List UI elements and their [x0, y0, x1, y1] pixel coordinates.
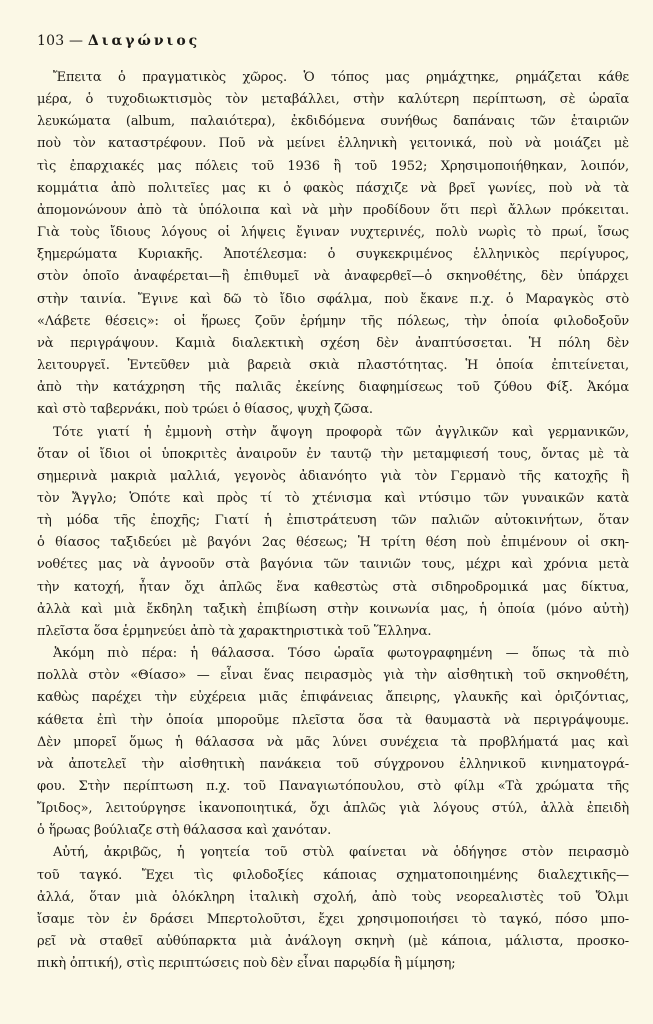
- text-line: Αὐτή, ἀκριβῶς, ἡ γοητεία τοῦ στὺλ φαίνετ…: [37, 842, 629, 864]
- text-line: ὁ θίασος ταξιδεύει μὲ βαγόνι 2ας θέσεως;…: [37, 532, 629, 554]
- text-line: κομμάτια ἀπὸ πολιτεῖες μας κι ὁ φακὸς πά…: [37, 178, 629, 200]
- text-line: τὴν κατοχή, ἦταν ὄχι ἁπλῶς ἕνα καθεστὼς …: [37, 577, 629, 599]
- text-line: Ἔπειτα ὁ πραγματικὸς χῶρος. Ὁ τόπος μας …: [37, 67, 629, 89]
- document-page: 103 — Διαγώνιος Ἔπειτα ὁ πραγματικὸς χῶρ…: [37, 32, 629, 975]
- text-line: ποὺ τὸν καταστρέφουν. Ποῦ νὰ μείνει ἑλλη…: [37, 133, 629, 155]
- text-line: πολλὰ στὸν «Θίασο» — εἶναι ἕνας πειρασμὸ…: [37, 665, 629, 687]
- text-line: τὶς ἐπαρχιακές μας πόλεις τοῦ 1936 ἢ τοῦ…: [37, 156, 629, 178]
- text-line: Ἴριδος», λειτούργησε ἱκανοποιητικά, ὄχι …: [37, 798, 629, 820]
- text-line: Γιὰ τοὺς ἴδιους λόγους οἱ λήψεις ἔγιναν …: [37, 222, 629, 244]
- paragraph-3: Ἀκόμη πιὸ πέρα: ἡ θάλασσα. Τόσο ὡραῖα φω…: [37, 643, 629, 842]
- text-line: στὸν ὁποῖο ἀναφέρεται—ἢ ἐπιθυμεῖ νὰ ἀναφ…: [37, 266, 629, 288]
- text-line: ἀπομονώνουν ἀπὸ τὰ ὑπόλοιπα καὶ νὰ μὴν π…: [37, 200, 629, 222]
- text-line: τὸν Ἄγγλο; Ὁπότε καὶ πρὸς τί τὸ χτένισμα…: [37, 488, 629, 510]
- text-line: καὶ στὸ ταβερνάκι, ποὺ τρώει ὁ θίασος, ψ…: [37, 399, 629, 421]
- text-line: ρεῖ νὰ σταθεῖ αὐθύπαρκτα μιὰ ἀνάλογη σκη…: [37, 931, 629, 953]
- paragraph-2: Τότε γιατί ἡ ἐμμονὴ στὴν ἄψογη προφορὰ τ…: [37, 422, 629, 644]
- page-number: 103: [37, 33, 64, 49]
- text-line: πλεῖστα ὅσα ἑρμηνεύει ἀπὸ τὰ χαρακτηριστ…: [37, 621, 629, 643]
- text-line: σημερινὰ μακριὰ μαλλιά, γεγονὸς ἀδιανόητ…: [37, 466, 629, 488]
- text-line: τοῦ ταγκό. Ἔχει τὶς φιλοδοξίες κάποιας σ…: [37, 865, 629, 887]
- text-line: λευκώματα (album, παλαιότερα), ἐκδιδόμεν…: [37, 111, 629, 133]
- journal-title: Διαγώνιος: [88, 33, 200, 49]
- paragraph-4: Αὐτή, ἀκριβῶς, ἡ γοητεία τοῦ στὺλ φαίνετ…: [37, 842, 629, 975]
- text-line: ὅταν οἱ ἴδιοι οἱ ὑποκριτὲς ἀναιροῦν ἐν τ…: [37, 444, 629, 466]
- text-line: καθὼς παρέχει τὴν εὐχέρεια μιᾶς ἐπιφάνει…: [37, 687, 629, 709]
- text-line: φου. Στὴν περίπτωση π.χ. τοῦ Παναγιωτόπο…: [37, 776, 629, 798]
- text-line: ξημερώματα Κυριακῆς. Ἀποτέλεσμα: ὁ συγκε…: [37, 244, 629, 266]
- paragraph-1: Ἔπειτα ὁ πραγματικὸς χῶρος. Ὁ τόπος μας …: [37, 67, 629, 422]
- text-line: ὁ ἥρωας βούλιαζε στὴ θάλασσα καὶ χανόταν…: [37, 820, 629, 842]
- text-line: Ἀκόμη πιὸ πέρα: ἡ θάλασσα. Τόσο ὡραῖα φω…: [37, 643, 629, 665]
- text-line: Δὲν μπορεῖ ὅμως ἡ θάλασσα νὰ μᾶς λύνει σ…: [37, 732, 629, 754]
- text-line: μέρα, ὁ τυχοδιωκτισμὸς τὸν μεταβάλλει, σ…: [37, 89, 629, 111]
- header-separator: —: [69, 33, 83, 49]
- text-line: τὴ μόδα τῆς ἐποχῆς; Γιατί ἡ ἐπιστράτευση…: [37, 510, 629, 532]
- text-line: λειτουργεῖ. Ἐντεῦθεν μιὰ βαρειὰ σκιὰ πλα…: [37, 355, 629, 377]
- text-line: Τότε γιατί ἡ ἐμμονὴ στὴν ἄψογη προφορὰ τ…: [37, 422, 629, 444]
- text-line: στὴν ταινία. Ἔγινε καὶ δῶ τὸ ἴδιο σφάλμα…: [37, 289, 629, 311]
- text-line: ἀλλὰ καὶ μιὰ ἔκδηλη ταξικὴ ἐπιβίωση στὴν…: [37, 599, 629, 621]
- text-line: ἀπὸ τὴν κατάχρηση τῆς παλιᾶς ἐκείνης δια…: [37, 377, 629, 399]
- text-line: πικὴ ὀπτική), στὶς περιπτώσεις ποὺ δὲν ε…: [37, 953, 629, 975]
- text-line: ἴσαμε τὸν ἐν δράσει Μπερτολοῦτσι, ἔχει χ…: [37, 909, 629, 931]
- text-line: «Λάβετε θέσεις»: οἱ ἥρωες ζοῦν ἐρήμην τῆ…: [37, 311, 629, 333]
- text-line: νοθέτες μας νὰ ἀγνοοῦν στὰ βαγόνια τῶν τ…: [37, 554, 629, 576]
- text-line: νὰ ἀποτελεῖ τὴν αἰσθητικὴ πανάκεια τοῦ σ…: [37, 754, 629, 776]
- text-line: νὰ περιγράψουν. Καμιὰ διαλεκτικὴ σχέση δ…: [37, 333, 629, 355]
- text-line: ἀλλά, ὅταν μιὰ ὁλόκληρη ἰταλικὴ σχολή, ἀ…: [37, 887, 629, 909]
- running-head: 103 — Διαγώνιος: [37, 32, 629, 50]
- text-line: κάθετα ἐπὶ τὴν ὁποία μποροῦμε πλεῖστα ὅσ…: [37, 710, 629, 732]
